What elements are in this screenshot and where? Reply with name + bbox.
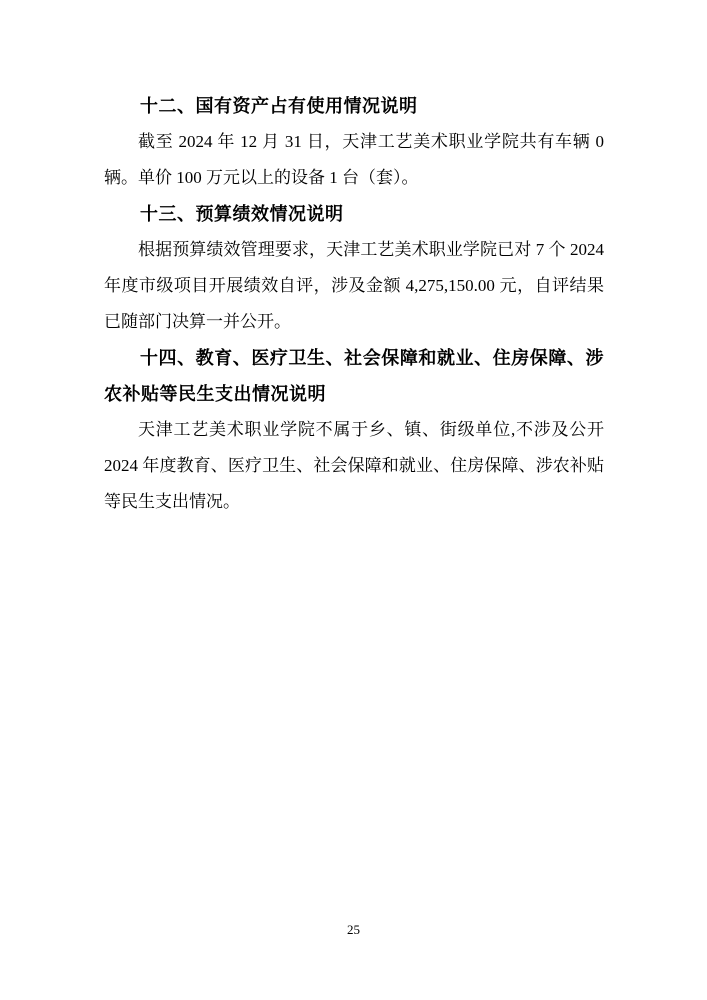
document-content: 十二、国有资产占有使用情况说明 截至 2024 年 12 月 31 日，天津工艺…	[104, 88, 604, 520]
page-number: 25	[0, 921, 707, 939]
section-heading-14: 十四、教育、医疗卫生、社会保障和就业、住房保障、涉农补贴等民生支出情况说明	[104, 340, 604, 412]
section-13-paragraph: 根据预算绩效管理要求，天津工艺美术职业学院已对 7 个 2024 年度市级项目开…	[104, 232, 604, 340]
section-14-paragraph: 天津工艺美术职业学院不属于乡、镇、街级单位,不涉及公开 2024 年度教育、医疗…	[104, 412, 604, 520]
document-page: 十二、国有资产占有使用情况说明 截至 2024 年 12 月 31 日，天津工艺…	[0, 0, 707, 1000]
section-12-paragraph: 截至 2024 年 12 月 31 日，天津工艺美术职业学院共有车辆 0 辆。单…	[104, 124, 604, 196]
section-heading-12: 十二、国有资产占有使用情况说明	[104, 88, 604, 124]
section-heading-13: 十三、预算绩效情况说明	[104, 196, 604, 232]
